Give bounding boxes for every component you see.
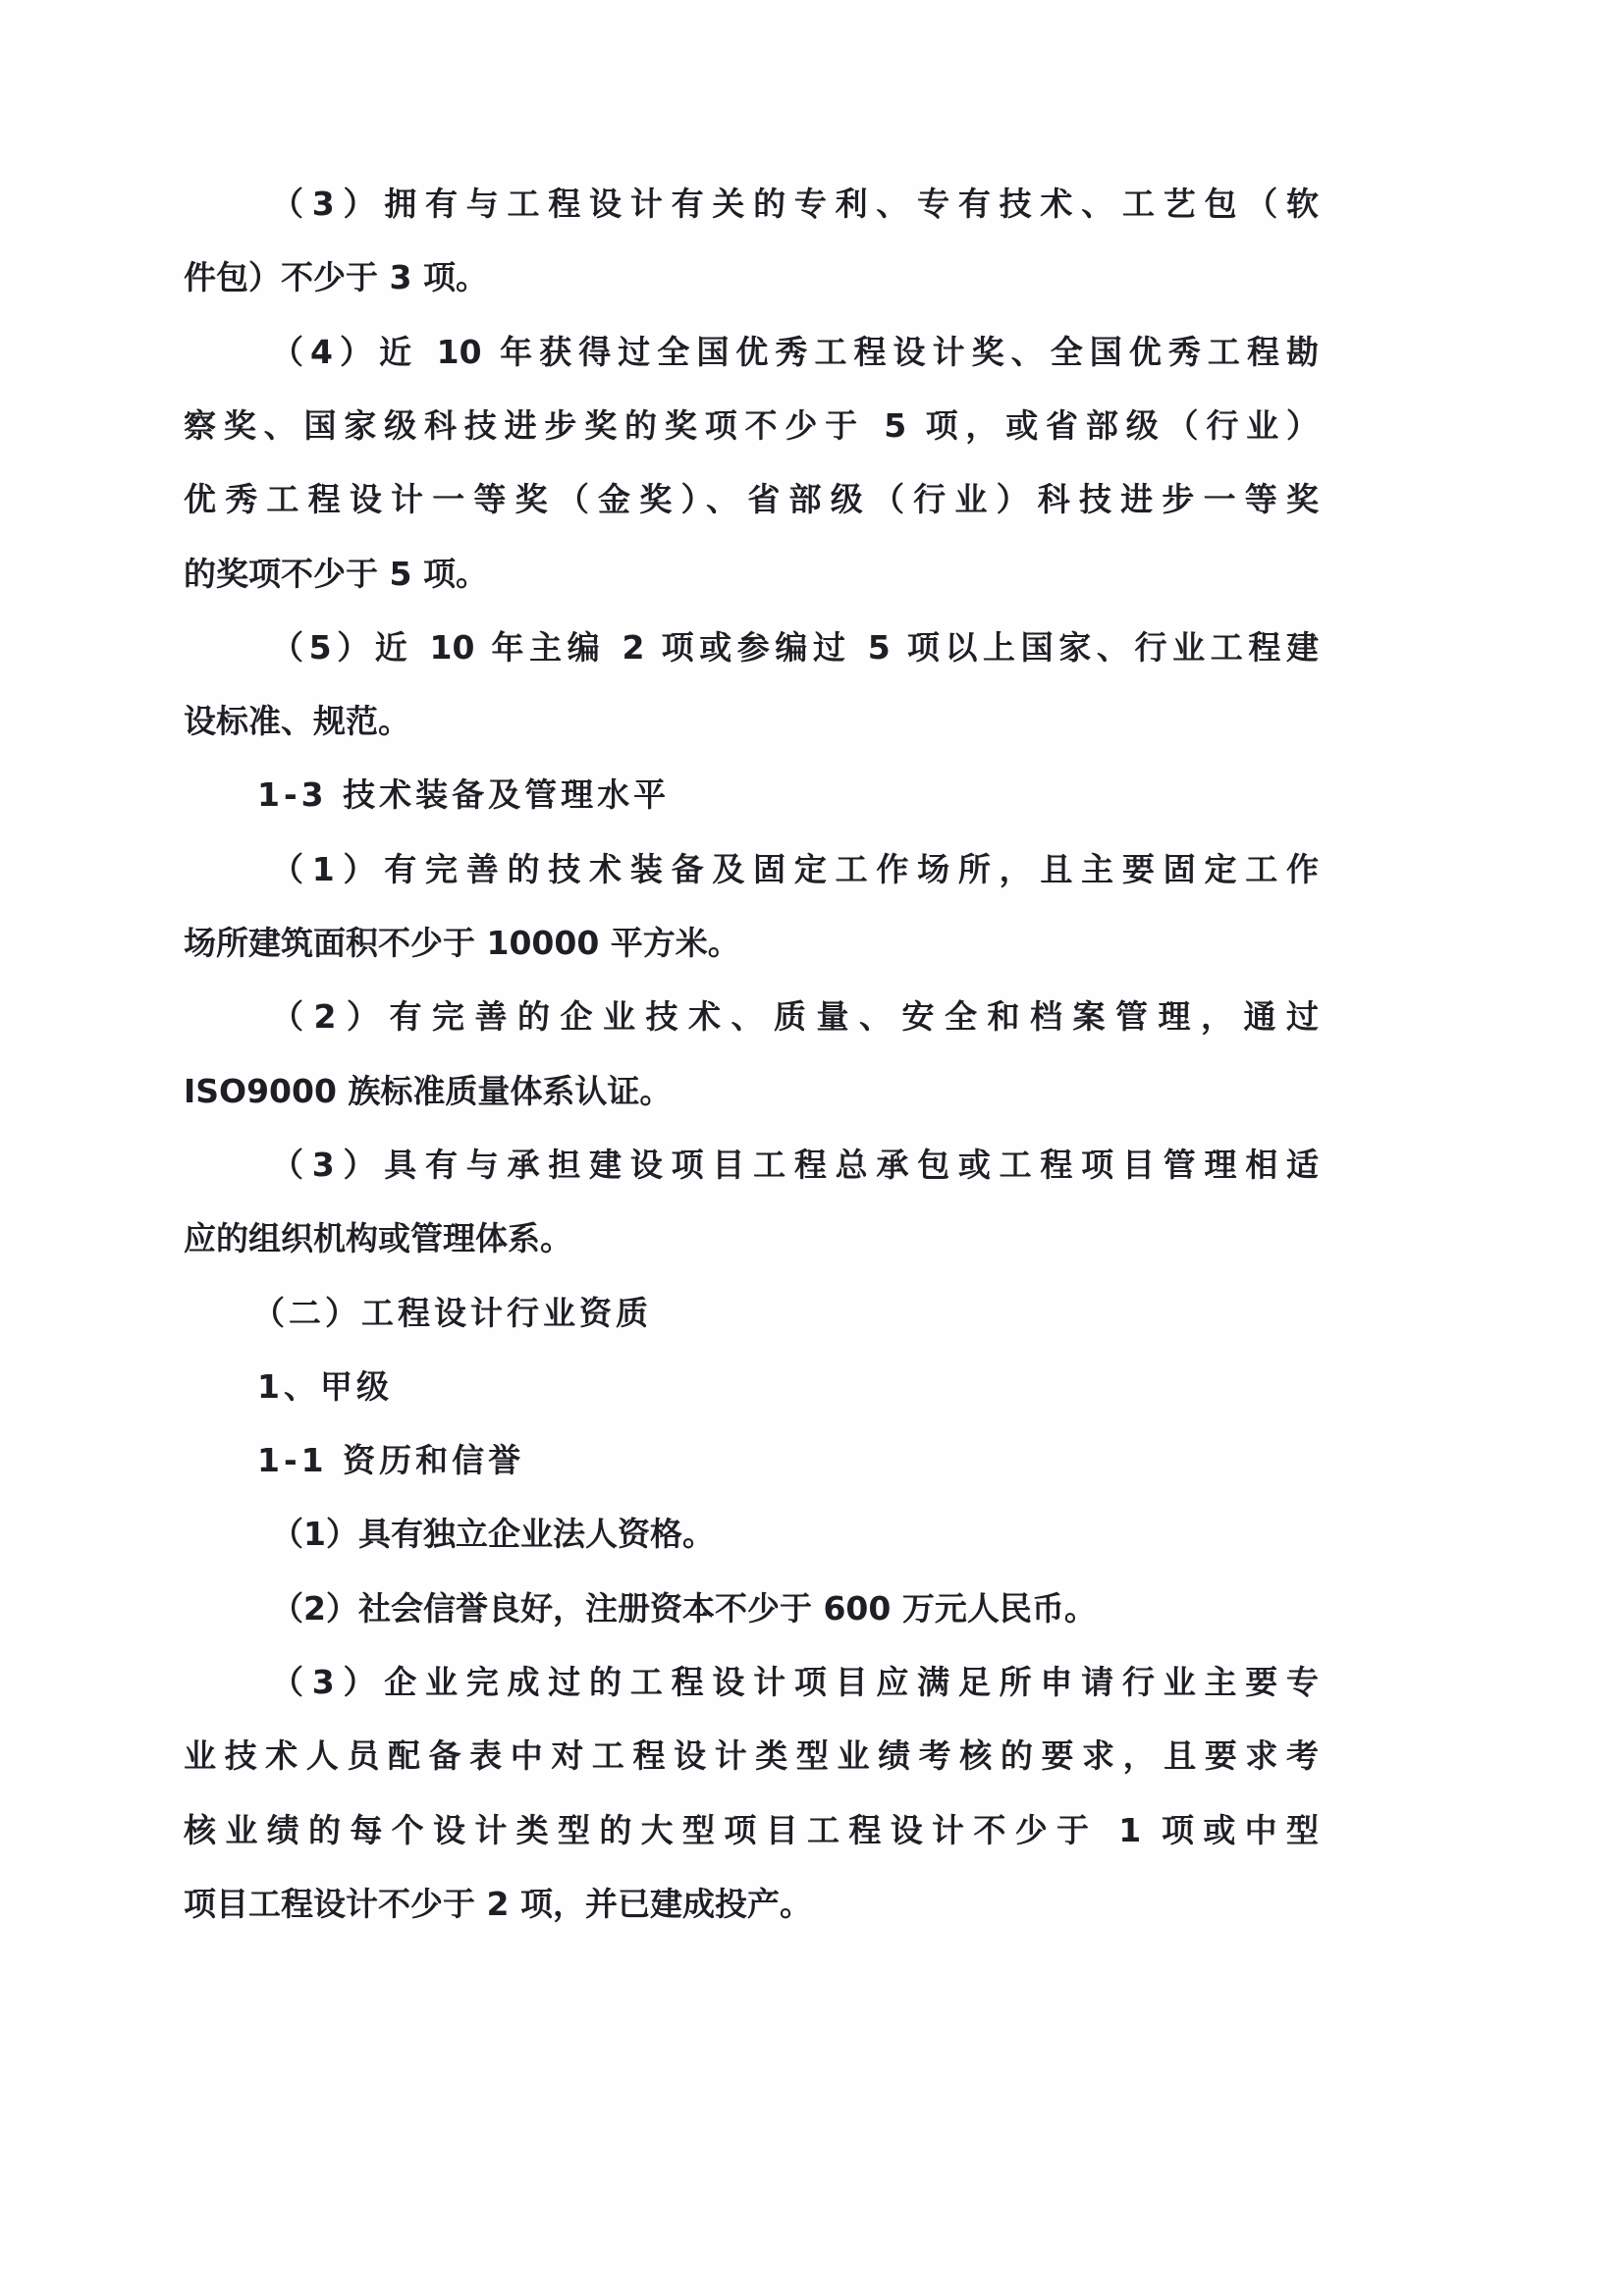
section-heading: 1、甲级	[257, 1350, 393, 1423]
paragraph-line: 察奖、国家级科技进步奖的奖项不少于 5 项，或省部级（行业）	[184, 389, 1319, 462]
section-heading: 1-3 技术装备及管理水平	[257, 758, 670, 831]
paragraph-line: （5）近 10 年主编 2 项或参编过 5 项以上国家、行业工程建	[271, 611, 1319, 684]
section-heading: （二）工程设计行业资质	[252, 1276, 652, 1350]
paragraph-line: 场所建筑面积不少于 10000 平方米。	[184, 906, 740, 980]
paragraph-line: ISO9000 族标准质量体系认证。	[184, 1054, 672, 1128]
paragraph-line: 业技术人员配备表中对工程设计类型业绩考核的要求，且要求考	[184, 1719, 1319, 1792]
paragraph-line: （1）具有独立企业法人资格。	[271, 1497, 715, 1571]
paragraph-line: （2）社会信誉良好，注册资本不少于 600 万元人民币。	[271, 1572, 1097, 1645]
section-heading: 1-1 资历和信誉	[257, 1423, 524, 1497]
document-page: （3）拥有与工程设计有关的专利、专有技术、工艺包（软 件包）不少于 3 项。 （…	[0, 0, 1624, 2296]
paragraph-line: （3）拥有与工程设计有关的专利、专有技术、工艺包（软	[271, 167, 1319, 240]
paragraph-line: （2）有完善的企业技术、质量、安全和档案管理，通过	[271, 980, 1319, 1053]
paragraph-line: 件包）不少于 3 项。	[184, 240, 488, 314]
paragraph-line: 的奖项不少于 5 项。	[184, 537, 488, 611]
paragraph-line: 优秀工程设计一等奖（金奖）、省部级（行业）科技进步一等奖	[184, 462, 1319, 536]
paragraph-line: 应的组织机构或管理体系。	[184, 1201, 572, 1275]
paragraph-line: 项目工程设计不少于 2 项，并已建成投产。	[184, 1867, 812, 1941]
paragraph-line: （1）有完善的技术装备及固定工作场所，且主要固定工作	[271, 832, 1319, 906]
paragraph-line: 设标准、规范。	[184, 684, 410, 758]
paragraph-line: （4）近 10 年获得过全国优秀工程设计奖、全国优秀工程勘	[271, 315, 1319, 389]
paragraph-line: （3）具有与承担建设项目工程总承包或工程项目管理相适	[271, 1128, 1319, 1201]
paragraph-line: 核业绩的每个设计类型的大型项目工程设计不少于 1 项或中型	[184, 1793, 1319, 1867]
paragraph-line: （3）企业完成过的工程设计项目应满足所申请行业主要专	[271, 1645, 1319, 1719]
